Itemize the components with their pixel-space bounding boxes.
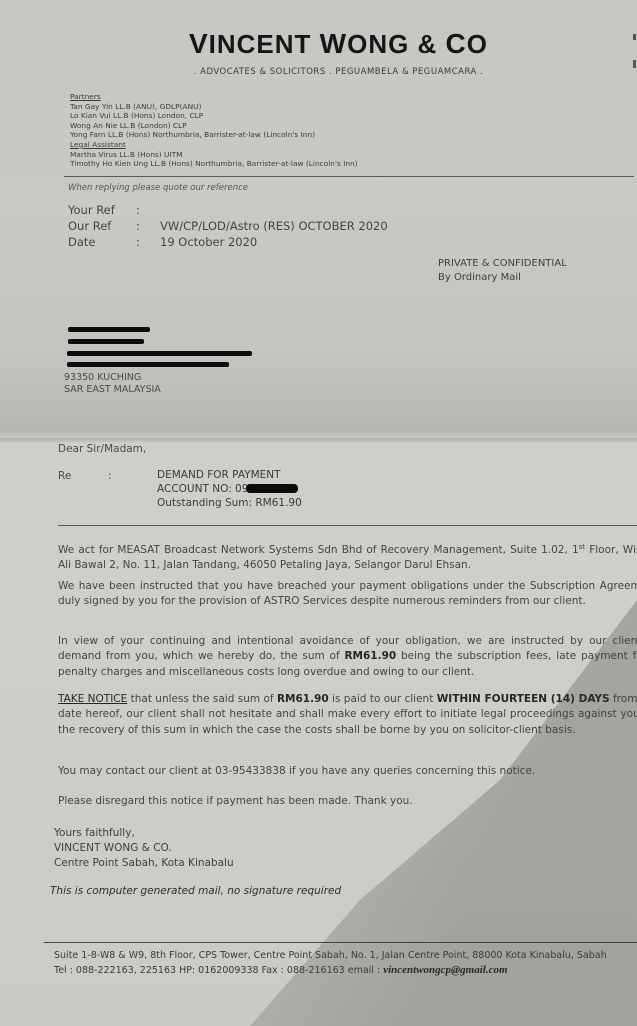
outstanding-sum: Outstanding Sum: RM61.90: [157, 496, 302, 510]
paragraph-disregard: Please disregard this notice if payment …: [58, 794, 637, 809]
ref-value: 19 October 2020: [160, 234, 257, 250]
text: is paid to our client: [329, 693, 437, 705]
ref-label: Your Ref: [68, 202, 136, 218]
demand-amount: RM61.90: [344, 650, 396, 662]
partner-item: Lo Kian Vui LL.B (Hons) London, CLP: [70, 111, 358, 121]
footer-address: Suite 1-8-W8 & W9, 8th Floor, CPS Tower,…: [54, 948, 607, 963]
ref-label: Our Ref: [68, 218, 136, 234]
partner-item: Wong An Nie LL.B (London) CLP: [70, 121, 358, 131]
ref-colon: :: [136, 202, 160, 218]
firm-name-initial-c: C: [446, 28, 467, 59]
closing-location: Centre Point Sabah, Kota Kinabalu: [54, 856, 234, 871]
paragraph-client: We act for MEASAT Broadcast Network Syst…: [58, 540, 637, 574]
paragraph-breach: We have been instructed that you have br…: [58, 579, 637, 610]
our-ref-row: Our Ref : VW/CP/LOD/Astro (RES) OCTOBER …: [68, 218, 388, 234]
assistant-heading: Legal Assistant: [70, 140, 358, 150]
closing-salutation: Yours faithfully,: [54, 826, 234, 841]
paragraph-notice: TAKE NOTICE that unless the said sum of …: [58, 692, 637, 738]
ref-label: Date: [68, 234, 136, 250]
redaction-bar: [67, 351, 252, 356]
firm-name-part: O: [467, 29, 488, 59]
closing-firm: VINCENT WONG & CO.: [54, 841, 234, 856]
partner-item: Tan Gay Yin LL.B (ANU), GDLP(ANU): [70, 102, 358, 112]
account-redaction: [246, 484, 298, 493]
ref-value: VW/CP/LOD/Astro (RES) OCTOBER 2020: [160, 218, 388, 234]
footer: Suite 1-8-W8 & W9, 8th Floor, CPS Tower,…: [54, 948, 607, 978]
text: that unless the said sum of: [127, 693, 277, 705]
footer-divider: [44, 942, 637, 943]
re-block: DEMAND FOR PAYMENT ACCOUNT NO: 09 Outsta…: [157, 468, 302, 510]
re-subject: DEMAND FOR PAYMENT: [157, 468, 302, 482]
redaction-bar: [68, 339, 144, 344]
firm-name-initial-v: V: [189, 28, 209, 59]
text: We act for MEASAT Broadcast Network Syst…: [58, 544, 579, 556]
assistant-item: Martha Virus LL.B (Hons) UITM: [70, 150, 358, 160]
delivery-note: PRIVATE & CONFIDENTIAL By Ordinary Mail: [438, 257, 567, 285]
redaction-bar: [67, 362, 229, 367]
salutation: Dear Sir/Madam,: [58, 443, 146, 455]
header-divider: [64, 176, 634, 177]
firm-name: VINCENT WONG & CO: [0, 28, 637, 60]
contact-text: Tel : 088-222163, 225163 HP: 0162009338 …: [54, 965, 383, 976]
firm-tagline: . ADVOCATES & SOLICITORS . PEGUAMBELA & …: [0, 67, 637, 77]
account-label: ACCOUNT NO: 09: [157, 483, 248, 495]
letter-page: VINCENT WONG & CO . ADVOCATES & SOLICITO…: [0, 0, 637, 1026]
mail-method: By Ordinary Mail: [438, 271, 567, 285]
firm-name-part: INCENT: [209, 29, 320, 59]
deadline: WITHIN FOURTEEN (14) DAYS: [437, 693, 610, 705]
redaction-bar: [68, 327, 150, 332]
re-divider: [58, 525, 637, 526]
confidential-label: PRIVATE & CONFIDENTIAL: [438, 257, 567, 271]
footer-contact: Tel : 088-222163, 225163 HP: 0162009338 …: [54, 963, 607, 978]
edge-mark: [633, 34, 636, 40]
partners-heading: Partners: [70, 92, 358, 102]
edge-mark: [633, 60, 636, 68]
assistant-item: Timothy Ho Kien Ung LL.B (Hons) Northumb…: [70, 159, 358, 169]
paragraph-demand: In view of your continuing and intention…: [58, 634, 637, 680]
computer-generated-note: This is computer generated mail, no sign…: [50, 885, 341, 897]
ref-colon: :: [136, 218, 160, 234]
email-address: vincentwongcp@gmail.com: [383, 964, 507, 976]
partner-item: Yong Farn LL.B (Hons) Northumbria, Barri…: [70, 130, 358, 140]
notice-amount: RM61.90: [277, 693, 329, 705]
reply-note: When replying please quote our reference: [68, 183, 248, 193]
firm-name-part: ONG &: [347, 29, 445, 59]
reference-block: Your Ref : Our Ref : VW/CP/LOD/Astro (RE…: [68, 202, 388, 250]
firm-name-initial-w: W: [320, 28, 347, 59]
account-number: ACCOUNT NO: 09: [157, 482, 302, 496]
re-label: Re: [58, 470, 71, 482]
staff-list: Partners Tan Gay Yin LL.B (ANU), GDLP(AN…: [70, 92, 358, 169]
ref-colon: :: [136, 234, 160, 250]
date-row: Date : 19 October 2020: [68, 234, 388, 250]
your-ref-row: Your Ref :: [68, 202, 388, 218]
closing-block: Yours faithfully, VINCENT WONG & CO. Cen…: [54, 826, 234, 871]
paragraph-contact: You may contact our client at 03-9543383…: [58, 764, 637, 779]
recipient-city: 93350 KUCHING: [64, 372, 161, 384]
recipient-address: 93350 KUCHING SAR EAST MALAYSIA: [64, 372, 161, 395]
recipient-region: SAR EAST MALAYSIA: [64, 384, 161, 396]
take-notice: TAKE NOTICE: [58, 693, 127, 705]
re-colon: :: [108, 470, 112, 482]
